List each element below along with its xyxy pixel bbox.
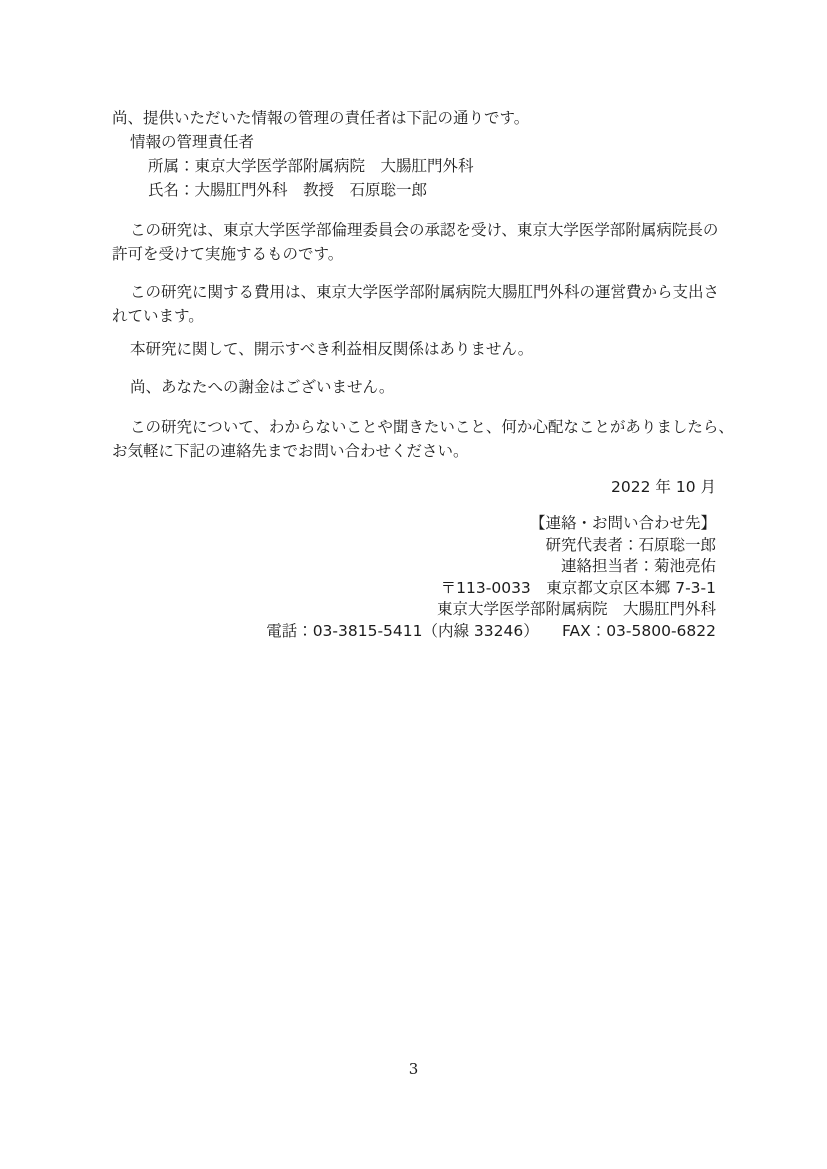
ethics-line-2: 許可を受けて実施するものです。 xyxy=(112,242,716,266)
contact-address-line-1: 〒113-0033 東京都文京区本郷 7-3-1 xyxy=(112,578,716,600)
contact-heading: 【連絡・お問い合わせ先】 xyxy=(112,513,716,535)
manager-heading: 情報の管理責任者 xyxy=(112,130,716,154)
page-number: 3 xyxy=(0,1058,827,1080)
contact-phone-fax: 電話：03-3815-5411（内線 33246） FAX：03-5800-68… xyxy=(112,621,716,643)
reward-paragraph: 尚、あなたへの謝金はございません。 xyxy=(112,375,716,399)
date-text: 2022 年 10 月 xyxy=(112,475,716,499)
manager-name: 氏名：大腸肛門外科 教授 石原聡一郎 xyxy=(112,178,716,202)
inquiry-paragraph: この研究について、わからないことや聞きたいこと、何か心配なことがありましたら、 … xyxy=(112,415,716,463)
information-manager-section: 尚、提供いただいた情報の管理の責任者は下記の通りです。 情報の管理責任者 所属：… xyxy=(112,106,716,202)
contact-coordinator: 連絡担当者：菊池亮佑 xyxy=(112,556,716,578)
reward-line: 尚、あなたへの謝金はございません。 xyxy=(112,375,716,399)
document-page: 尚、提供いただいた情報の管理の責任者は下記の通りです。 情報の管理責任者 所属：… xyxy=(0,0,827,1169)
conflict-of-interest-paragraph: 本研究に関して、開示すべき利益相反関係はありません。 xyxy=(112,337,716,361)
ethics-approval-paragraph: この研究は、東京大学医学部倫理委員会の承認を受け、東京大学医学部附属病院長の 許… xyxy=(112,218,716,266)
contact-block: 【連絡・お問い合わせ先】 研究代表者：石原聡一郎 連絡担当者：菊池亮佑 〒113… xyxy=(112,513,716,642)
inquiry-line-2: お気軽に下記の連絡先までお問い合わせください。 xyxy=(112,439,716,463)
coi-line: 本研究に関して、開示すべき利益相反関係はありません。 xyxy=(112,337,716,361)
funding-paragraph: この研究に関する費用は、東京大学医学部附属病院大腸肛門外科の運営費から支出さ れ… xyxy=(112,280,716,328)
manager-intro-line: 尚、提供いただいた情報の管理の責任者は下記の通りです。 xyxy=(112,106,716,130)
inquiry-line-1: この研究について、わからないことや聞きたいこと、何か心配なことがありましたら、 xyxy=(112,415,716,439)
document-date: 2022 年 10 月 xyxy=(112,475,716,499)
contact-address-line-2: 東京大学医学部附属病院 大腸肛門外科 xyxy=(112,599,716,621)
ethics-line-1: この研究は、東京大学医学部倫理委員会の承認を受け、東京大学医学部附属病院長の xyxy=(112,218,716,242)
manager-affiliation: 所属：東京大学医学部附属病院 大腸肛門外科 xyxy=(112,154,716,178)
contact-representative: 研究代表者：石原聡一郎 xyxy=(112,535,716,557)
funding-line-2: れています。 xyxy=(112,304,716,328)
funding-line-1: この研究に関する費用は、東京大学医学部附属病院大腸肛門外科の運営費から支出さ xyxy=(112,280,716,304)
